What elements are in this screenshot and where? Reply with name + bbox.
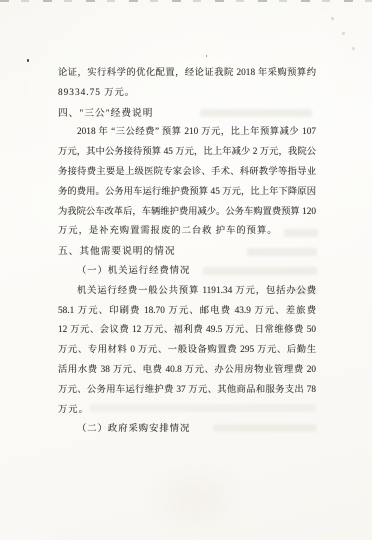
ink-speck [352, 47, 355, 50]
scan-smudge [148, 462, 243, 537]
ink-speck [206, 55, 207, 57]
body-text-line: 务接待费主要是上级医院专家会诊、手术、科研教学等指导业 [58, 163, 316, 183]
subheading-5-2: （二）政府采购安排情况 [58, 420, 316, 440]
body-text-line: 2018 年 “三公经费” 预算 210 万元，比上年预算减少 107 [58, 123, 316, 143]
body-text-line: 89334.75 万元。 [58, 84, 316, 104]
document-page: 论证，实行科学的优化配置，经论证我院 2018 年采购预算约 89334.75 … [0, 0, 372, 540]
heading-section-4: 四、"三公"经费说明 [58, 104, 316, 124]
ink-speck [27, 59, 29, 62]
body-text-line: 务的费用。公务用车运行维护费预算 45 万元，比上年下降原因 [58, 183, 316, 203]
ink-speck [331, 17, 334, 20]
body-text-line: 58.1 万元、印刷费 18.70 万元、邮电费 43.9 万元、差旅费 [58, 302, 316, 322]
body-text-line: 万元。 [58, 401, 316, 421]
heading-section-5: 五、其他需要说明的情况 [58, 242, 316, 262]
body-text-line: 活用水费 38 万元、电费 40.8 万元、办公用房物业管理费 20 [58, 361, 316, 381]
body-text-line: 万元、公务用车运行维护费 37 万元、其他商品和服务支出 78 [58, 381, 316, 401]
body-text-line: 机关运行经费一般公共预算 1191.34 万元，包括办公费 [58, 282, 316, 302]
body-text-line: 万元、专用材料 0 万元、一般设备购置费 295 万元、后勤生 [58, 341, 316, 361]
body-text-line: 12 万元、会议费 12 万元、福利费 49.5 万元、日常维修费 50 [58, 321, 316, 341]
document-body: 论证，实行科学的优化配置，经论证我院 2018 年采购预算约 89334.75 … [58, 64, 316, 440]
body-text-line: 万元，其中公务接待预算 45 万元，比上年减少 2 万元，我院公 [58, 143, 316, 163]
subheading-5-1: （一）机关运行经费情况 [58, 262, 316, 282]
scanner-edge-artifact [0, 0, 372, 2]
body-text-line: 论证，实行科学的优化配置，经论证我院 2018 年采购预算约 [58, 64, 316, 84]
body-text-line: 万元，是补充购置需报废的二台救 护车的预算。 [58, 222, 316, 242]
ink-speck [342, 32, 345, 35]
body-text-line: 为我院公车改革后，车辆维护费用减少。公务车购置费预算 120 [58, 203, 316, 223]
